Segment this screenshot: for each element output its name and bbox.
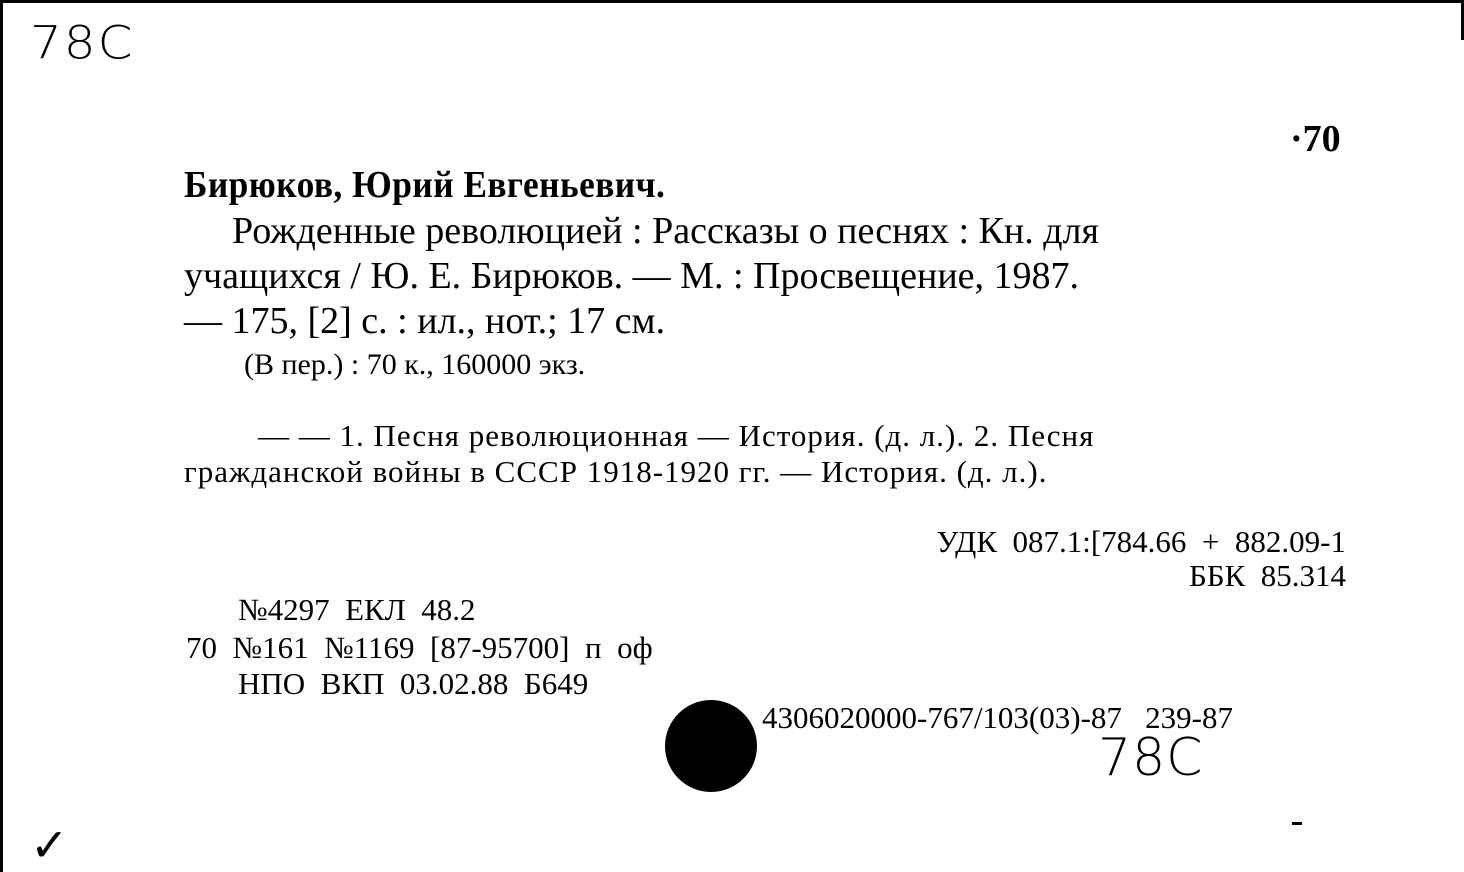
handwritten-shelfmark-top: 78C — [30, 17, 135, 69]
author-code: ·70 — [1290, 120, 1341, 158]
subject-line-1: — — 1. Песня революционная — История. (д… — [258, 420, 1094, 451]
order-line-3: НПО ВКП 03.02.88 Б649 — [238, 668, 588, 699]
udk-classification: УДК 087.1:[784.66 + 882.09-1 — [936, 526, 1346, 557]
physical-description: — 175, [2] с. : ил., нот.; 17 см. — [184, 302, 665, 340]
handwritten-shelfmark-bottom: 78C — [1098, 728, 1203, 788]
card-top-border — [0, 0, 1464, 3]
subject-line-2: гражданской войны в СССР 1918-1920 гг. —… — [184, 456, 1047, 487]
title-line-2: учащихся / Ю. Е. Бирюков. — М. : Просвещ… — [184, 257, 1079, 295]
order-line-2: 70 №161 №1169 [87-95700] п оф — [186, 632, 653, 663]
bbk-classification: ББК 85.314 — [1189, 560, 1346, 591]
card-left-border — [0, 0, 3, 872]
punch-hole — [665, 700, 757, 792]
checkmark-icon: ✓ — [30, 818, 69, 872]
author-heading: Бирюков, Юрий Евгеньевич. — [184, 166, 665, 204]
stray-mark — [1292, 822, 1302, 825]
order-line-1: №4297 ЕКЛ 48.2 — [238, 594, 475, 625]
title-line-1: Рожденные революцией : Рассказы о песнях… — [232, 212, 1099, 250]
price-and-print-run: (В пер.) : 70 к., 160000 экз. — [244, 350, 585, 380]
